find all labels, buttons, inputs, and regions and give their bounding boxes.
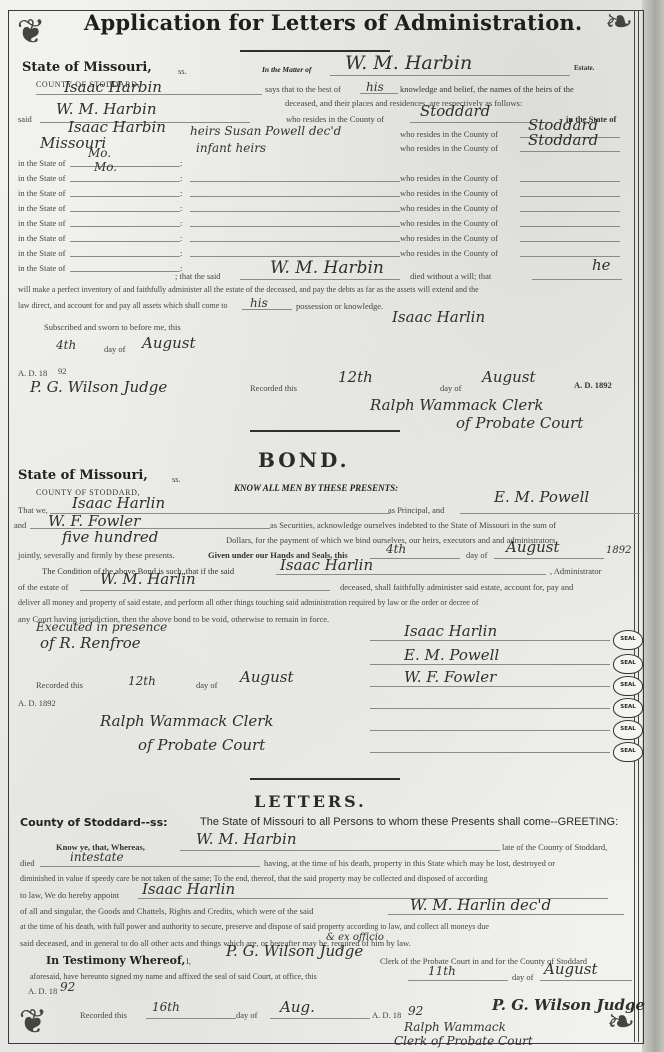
- died-value: intestate: [70, 850, 124, 864]
- bond-recorded-ad: A. D. 1892: [18, 698, 56, 708]
- document-border-double: [634, 10, 639, 1042]
- corner-ornament-icon: ❧: [596, 0, 642, 46]
- row-separator: :: [180, 248, 182, 258]
- resides-label: who resides in the County of: [400, 233, 498, 243]
- subscribed-month: August: [142, 334, 195, 352]
- heir-county: Stoddard: [420, 102, 490, 120]
- heir-other: infant heirs: [196, 141, 266, 155]
- seal-icon: SEAL: [613, 720, 643, 740]
- applicant-signature: Isaac Harlin: [392, 308, 485, 326]
- letters-ad-value: 92: [60, 980, 75, 994]
- recorded-label: Recorded this: [250, 383, 297, 393]
- aforesaid-day-of: day of: [512, 972, 533, 982]
- recorded-day-of: day of: [440, 383, 461, 393]
- diminished-text: diminished in value if speedy care be no…: [20, 874, 488, 883]
- seal-icon: SEAL: [613, 630, 643, 650]
- time-text: at the time of his death, with full powe…: [20, 922, 489, 931]
- securities-text: as Securities, acknowledge ourselves ind…: [270, 520, 556, 530]
- knowledge-text: knowledge and belief, the names of the h…: [400, 84, 574, 94]
- matter-name: W. M. Harbin: [345, 52, 472, 74]
- that-said-label: ; that the said: [175, 271, 221, 281]
- law-text: law direct, and account for and pay all …: [18, 301, 227, 310]
- recorded-day: 12th: [338, 368, 373, 386]
- bond-recorded-day-of: day of: [196, 680, 217, 690]
- jointly-text: jointly, severally and firmly by these p…: [18, 550, 175, 560]
- that-we-label: That we,: [18, 505, 48, 515]
- given-month: August: [506, 538, 559, 556]
- resides-label: who resides in the County of: [400, 248, 498, 258]
- deliver-text: deliver all money and property of said e…: [18, 598, 479, 607]
- day-of-label: day of: [104, 344, 125, 354]
- row-separator: :: [180, 188, 182, 198]
- row-separator: :: [180, 218, 182, 228]
- estate-label: Estate.: [574, 64, 594, 72]
- having-text: having, at the time of his death, proper…: [264, 858, 555, 868]
- died-label: died: [20, 858, 35, 868]
- recorded-month: August: [482, 368, 535, 386]
- letters-judge-signature: P. G. Wilson Judge: [492, 996, 645, 1014]
- heir-state: Mo.: [94, 160, 117, 174]
- in-state-label: in the State of: [18, 188, 65, 198]
- letters-ad-label: A. D. 18: [28, 986, 57, 996]
- know-all-text: KNOW ALL MEN BY THESE PRESENTS:: [234, 483, 398, 493]
- and-label: and: [14, 520, 26, 530]
- heir-other: heirs Susan Powell dec'd: [190, 124, 341, 138]
- letters-clerk-signature: Ralph Wammack: [404, 1020, 506, 1034]
- in-state-label: in the State of: [18, 203, 65, 213]
- given-day-of: day of: [466, 550, 487, 560]
- letters-recorded-label: Recorded this: [80, 1010, 127, 1020]
- letters-county-heading: County of Stoddard--ss:: [20, 816, 168, 829]
- estate-of-value: W. M. Harlin: [100, 570, 196, 588]
- bond-state-heading: State of Missouri,: [18, 468, 148, 483]
- bond-deceased-text: deceased, shall faithfully administer sa…: [340, 582, 573, 592]
- clerk-signature: Ralph Wammack Clerk: [370, 396, 544, 414]
- subscribed-day: 4th: [56, 338, 76, 352]
- subscribed-text: Subscribed and sworn to before me, this: [44, 322, 181, 332]
- bond-signature: Isaac Harlin: [404, 622, 497, 640]
- bond-signature: W. F. Fowler: [404, 668, 496, 686]
- heir-state: Mo.: [88, 146, 111, 160]
- says-value: his: [366, 80, 384, 94]
- bond-clerk-signature: Ralph Wammack Clerk: [100, 712, 274, 730]
- ad-label: A. D. 18: [18, 368, 47, 378]
- row-separator: :: [180, 158, 182, 168]
- goods-value: W. M. Harlin dec'd: [410, 896, 551, 914]
- document-title: Application for Letters of Administratio…: [84, 10, 582, 35]
- section-divider: [250, 778, 400, 780]
- seal-icon: SEAL: [613, 698, 643, 718]
- aforesaid-month: August: [544, 960, 597, 978]
- document-page: ❦ ❧ ❦ ❧ Application for Letters of Admin…: [0, 0, 664, 1052]
- row-separator: :: [180, 233, 182, 243]
- died-value: he: [592, 256, 611, 274]
- bond-clerk-title: of Probate Court: [138, 736, 265, 754]
- said-value: W. M. Harbin: [56, 100, 156, 118]
- said-label: said: [18, 114, 32, 124]
- in-matter-label: In the Matter of: [262, 65, 311, 74]
- corner-ornament-icon: ❦: [10, 1000, 56, 1046]
- letters-recorded-day: 16th: [152, 1000, 180, 1014]
- corner-ornament-icon: ❦: [8, 10, 54, 56]
- letters-recorded-ad-label: A. D. 18: [372, 1010, 401, 1020]
- goods-text: of all and singular, the Goods and Chatt…: [20, 906, 313, 916]
- clerk-title: of Probate Court: [456, 414, 583, 432]
- executed-witness: of R. Renfroe: [40, 634, 141, 652]
- condition-value: Isaac Harlin: [280, 556, 373, 574]
- resides-label: who resides in the County of: [400, 203, 498, 213]
- principal-label: as Principal, and: [388, 505, 444, 515]
- letters-clerk-title: Clerk of Probate Court: [394, 1034, 533, 1048]
- resides-label: who resides in the County of: [400, 218, 498, 228]
- principal-value: E. M. Powell: [494, 488, 589, 506]
- state-heading: State of Missouri,: [22, 60, 152, 75]
- resides-label: who resides in the County of: [400, 173, 498, 183]
- ss-label: ss.: [178, 66, 187, 76]
- row-separator: :: [180, 203, 182, 213]
- recorded-ad: A. D. 1892: [574, 380, 612, 390]
- resides-label: who resides in the County of: [400, 143, 498, 153]
- appoint-value: Isaac Harlin: [142, 880, 235, 898]
- page-edge: [642, 0, 664, 1052]
- late-of-text: late of the County of Stoddard,: [502, 842, 607, 852]
- bond-recorded-day: 12th: [128, 674, 156, 688]
- in-state-label: in the State of: [18, 248, 65, 258]
- bond-ss: ss.: [172, 474, 181, 484]
- decedent-name: W. M. Harbin: [196, 830, 296, 848]
- that-said-value: W. M. Harbin: [270, 258, 384, 278]
- in-state-label: in the State of: [18, 233, 65, 243]
- resides-label: who resides in the County of: [400, 188, 498, 198]
- resides-label: who resides in the County of: [400, 129, 498, 139]
- letters-recorded-month: Aug.: [280, 998, 315, 1016]
- judge-signature: P. G. Wilson Judge: [30, 378, 167, 396]
- seal-icon: SEAL: [613, 676, 643, 696]
- given-day: 4th: [386, 542, 406, 556]
- seal-icon: SEAL: [613, 742, 643, 762]
- aforesaid-day: 11th: [428, 964, 456, 978]
- testimony-value: P. G. Wilson Judge: [226, 942, 363, 960]
- died-label: died without a will; that: [410, 271, 491, 281]
- bond-title: BOND.: [258, 448, 350, 472]
- given-year: 1892: [606, 545, 631, 556]
- that-we-value: Isaac Harlin: [72, 494, 165, 512]
- ad-value: 92: [58, 366, 67, 376]
- bond-recorded-label: Recorded this: [36, 680, 83, 690]
- testimony-i: I,: [186, 956, 191, 966]
- row-separator: :: [180, 173, 182, 183]
- letters-title: LETTERS.: [254, 792, 367, 811]
- in-state-label: in the State of: [18, 263, 65, 273]
- inventory-text: will make a perfect inventory of and fai…: [18, 285, 479, 294]
- says-label: says that to the best of: [265, 84, 341, 94]
- administrator-label: , Administrator: [550, 566, 601, 576]
- appoint-label: to law, We do hereby appoint: [20, 890, 119, 900]
- bond-recorded-month: August: [240, 668, 293, 686]
- in-state-label: in the State of: [18, 173, 65, 183]
- sum-value: five hundred: [62, 528, 158, 546]
- in-state-label: in the State of: [18, 218, 65, 228]
- resides-label: who resides in the County of: [286, 114, 384, 124]
- letters-recorded-ad-value: 92: [408, 1004, 423, 1018]
- applicant-name: Isaac Harbin: [64, 78, 162, 96]
- estate-of-label: of the estate of: [18, 582, 68, 592]
- heir-county: Stoddard: [528, 131, 598, 149]
- law-text-2: possession or knowledge.: [296, 301, 383, 311]
- letters-recorded-day-of: day of: [236, 1010, 257, 1020]
- letters-greeting: The State of Missouri to all Persons to …: [200, 816, 618, 828]
- in-state-label: in the State of: [18, 158, 65, 168]
- section-divider: [250, 430, 400, 432]
- bond-signature: E. M. Powell: [404, 646, 499, 664]
- seal-icon: SEAL: [613, 654, 643, 674]
- executed-presence: Executed in presence: [36, 620, 167, 634]
- testimony-label: In Testimony Whereof,: [46, 954, 185, 967]
- law-value: his: [250, 296, 268, 310]
